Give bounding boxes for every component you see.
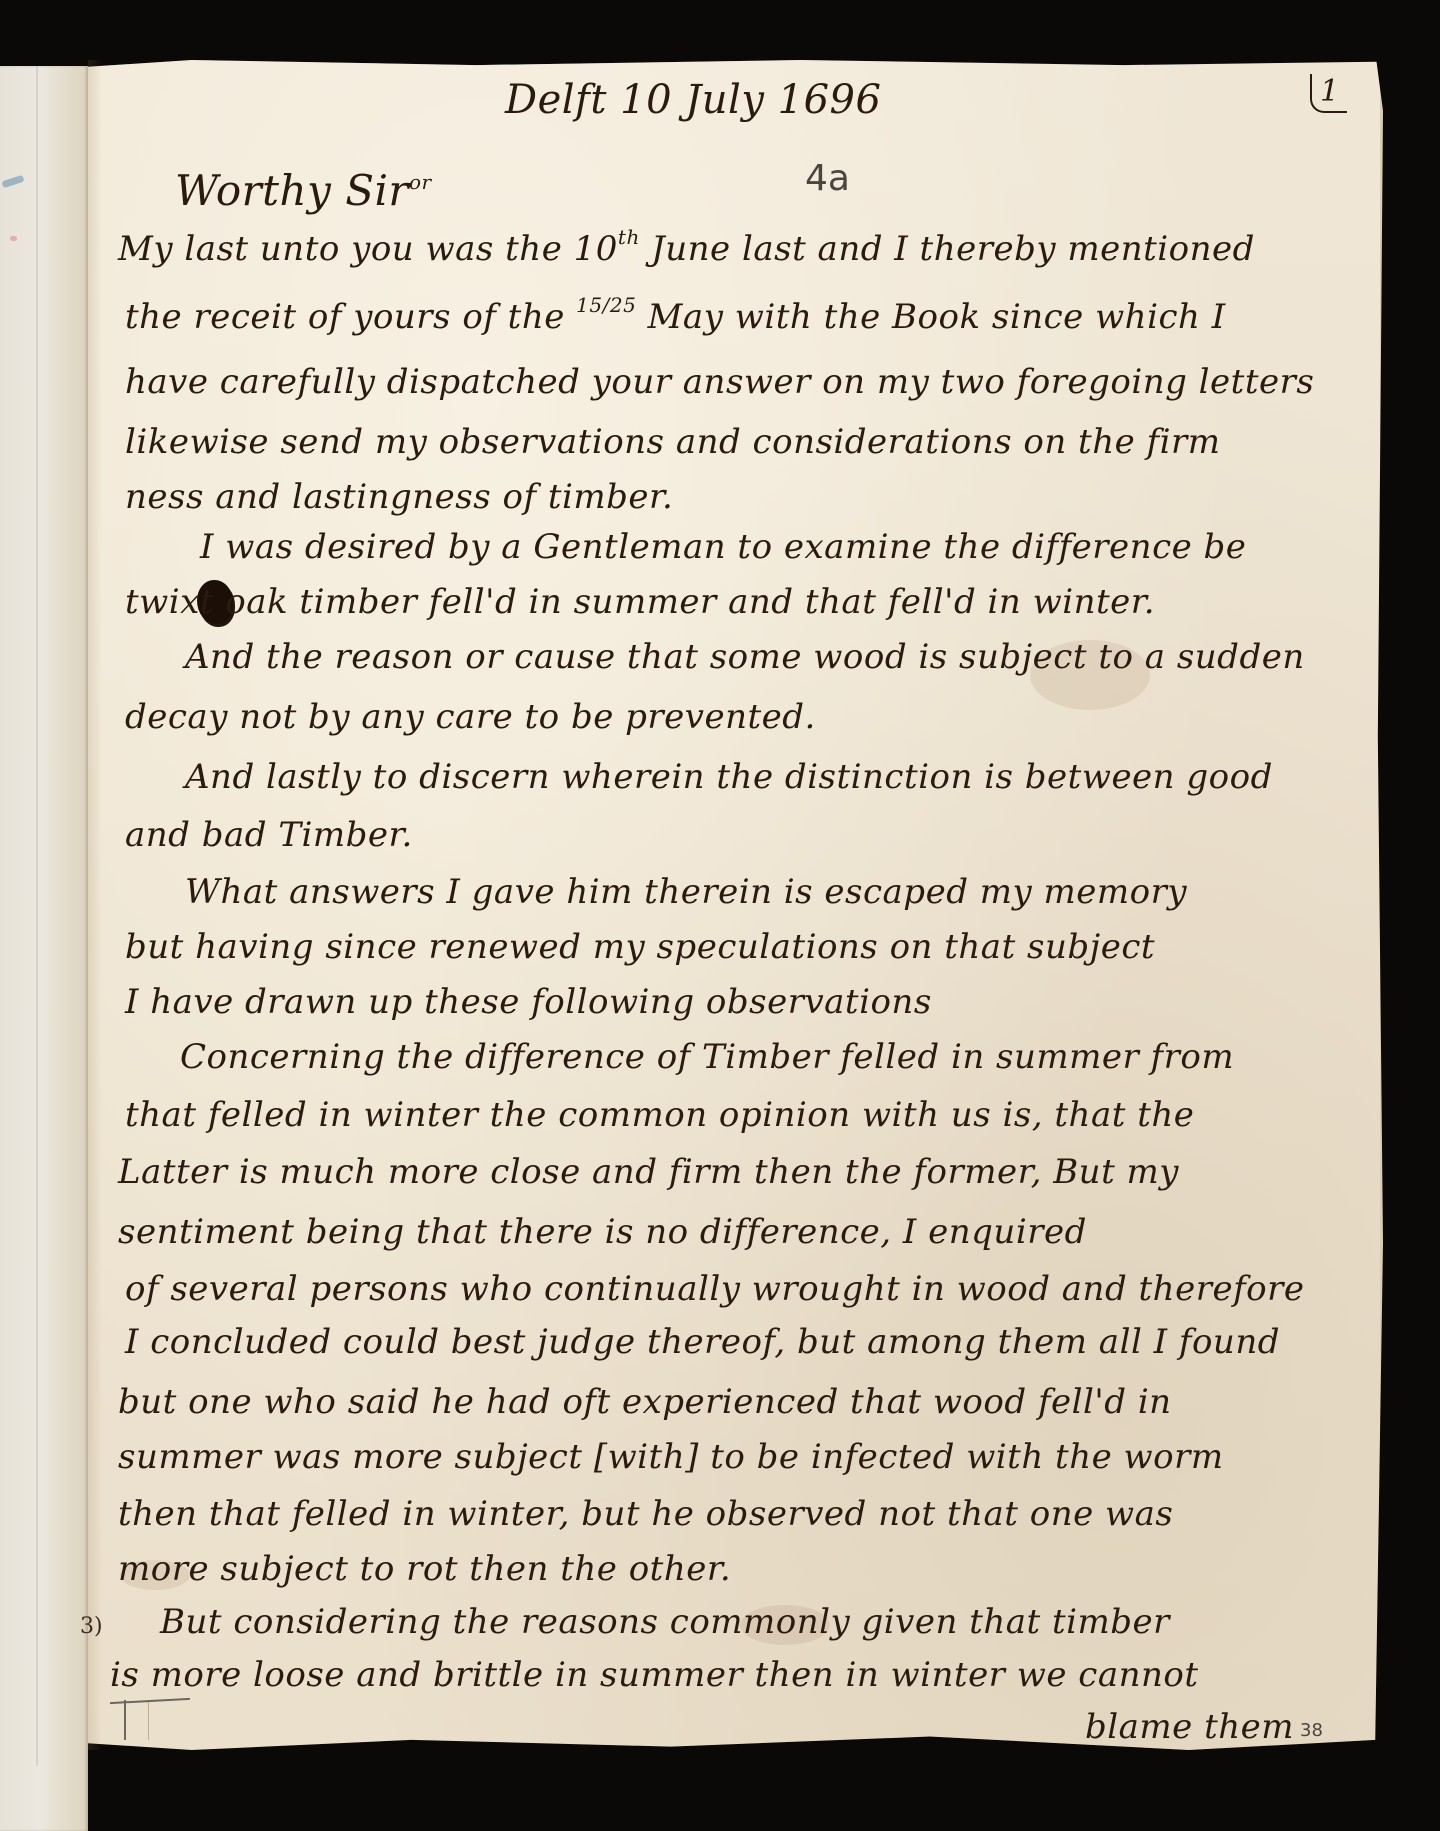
body-line-1: My last unto you was the 10th June last … — [118, 232, 1255, 266]
catchword: blame them — [1085, 1710, 1294, 1744]
archive-page-number: 38 — [1300, 1720, 1323, 1741]
body-line-10: And lastly to discern wherein the distin… — [185, 760, 1273, 794]
salutation-superscript: or — [409, 170, 432, 194]
margin-mark: 3) — [80, 1614, 103, 1639]
body-line-25: But considering the reasons commonly giv… — [160, 1605, 1170, 1639]
body-line-19: of several persons who continually wroug… — [125, 1272, 1305, 1306]
body-line-17: Latter is much more close and firm then … — [118, 1155, 1179, 1189]
line-text: May with the Book since which I — [636, 297, 1225, 337]
body-line-22: summer was more subject [with] to be inf… — [118, 1440, 1224, 1474]
body-line-23: then that felled in winter, but he obser… — [118, 1497, 1173, 1531]
paper-crease — [148, 1700, 149, 1740]
body-line-21: but one who said he had oft experienced … — [118, 1385, 1172, 1419]
page-edge-shadow — [88, 60, 102, 1750]
folio-number: 1 — [1310, 74, 1347, 113]
body-line-4: likewise send my observations and consid… — [125, 425, 1220, 459]
body-line-15: Concerning the difference of Timber fell… — [180, 1040, 1234, 1074]
salutation: Worthy Siror — [175, 170, 432, 212]
body-line-8: And the reason or cause that some wood i… — [185, 640, 1305, 674]
place-date-heading: Delft 10 July 1696 — [505, 80, 881, 120]
body-line-13: but having since renewed my speculations… — [125, 930, 1155, 964]
pencil-annotation: 4a — [805, 158, 850, 199]
body-line-9: decay not by any care to be prevented. — [125, 700, 816, 734]
binding-guard-strip — [0, 66, 88, 1831]
body-line-2: the receit of yours of the 15/25 May wit… — [125, 300, 1226, 334]
line-superscript: 15/25 — [576, 293, 636, 317]
pencil-cross-mark-vertical — [124, 1700, 126, 1740]
red-spot — [10, 236, 17, 241]
body-line-18: sentiment being that there is no differe… — [118, 1215, 1087, 1249]
body-line-24: more subject to rot then the other. — [118, 1552, 731, 1586]
body-line-7: twixt oak timber fell'd in summer and th… — [125, 585, 1155, 619]
body-line-14: I have drawn up these following observat… — [125, 985, 932, 1019]
body-line-26: is more loose and brittle in summer then… — [110, 1658, 1199, 1692]
body-line-3: have carefully dispatched your answer on… — [125, 365, 1314, 399]
body-line-5: ness and lastingness of timber. — [125, 480, 673, 514]
line-superscript: th — [618, 225, 640, 249]
line-text: June last and I thereby mentioned — [640, 229, 1255, 269]
body-line-16: that felled in winter the common opinion… — [125, 1098, 1194, 1132]
body-line-6: I was desired by a Gentleman to examine … — [200, 530, 1246, 564]
body-line-20: I concluded could best judge thereof, bu… — [125, 1325, 1280, 1359]
line-text: the receit of yours of the — [125, 297, 576, 337]
body-line-12: What answers I gave him therein is escap… — [185, 875, 1187, 909]
guard-fold-line — [36, 66, 38, 1766]
body-line-11: and bad Timber. — [125, 818, 413, 852]
line-text: My last unto you was the 10 — [118, 229, 618, 269]
salutation-text: Worthy Sir — [175, 166, 409, 215]
